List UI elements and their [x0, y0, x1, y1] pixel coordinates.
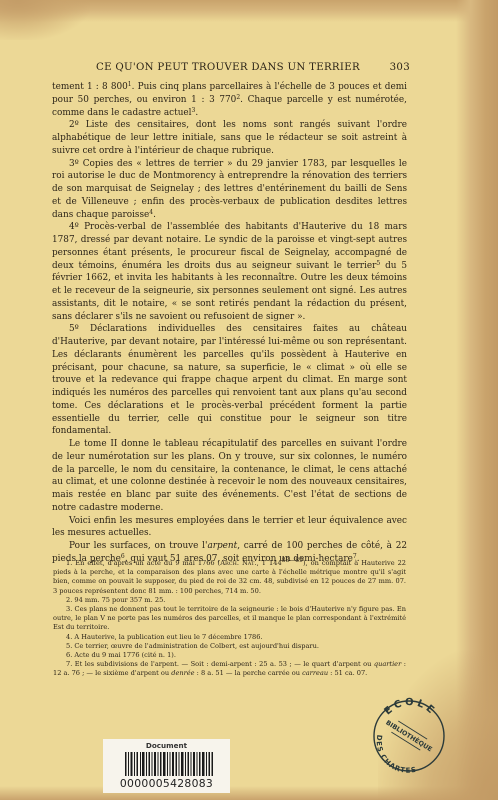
- barcode-icon: [125, 752, 213, 776]
- italic-term: denrée: [171, 669, 194, 677]
- stamp-center-text: BIBLIOTHÈQUE: [384, 718, 434, 754]
- barcode-title: Document: [103, 741, 230, 750]
- paragraph-2: 2º Liste des censitaires, dont les noms …: [52, 119, 407, 157]
- text-run: : 8 a. 51 — la perche carrée ou: [195, 669, 303, 677]
- paragraph-5: 5º Déclarations individuelles des censit…: [52, 323, 407, 438]
- svg-text:ECOLE: ECOLE: [382, 697, 438, 718]
- footnote-1: 1. En effet, d'après un acte du 9 mai 17…: [53, 559, 406, 596]
- barcode-label: Document: [103, 739, 230, 793]
- footnote-3: 3. Ces plans ne donnent pas tout le terr…: [53, 605, 406, 633]
- footnote-4: 4. A Hauterive, la publication eut lieu …: [53, 633, 406, 642]
- archive-ref: Arch. Nat.: [220, 559, 256, 567]
- page-number: 303: [390, 62, 410, 73]
- body-text: tement 1 : 8 8001. Puis cinq plans parce…: [52, 81, 407, 566]
- running-title: CE QU'ON PEUT TROUVER DANS UN TERRIER: [96, 62, 360, 73]
- footnotes: 1. En effet, d'après un acte du 9 mai 17…: [53, 559, 406, 679]
- paragraph-4: 4º Procès-verbal de l'assemblée des habi…: [52, 221, 407, 323]
- text-run: : 51 ca. 07.: [328, 669, 367, 677]
- footnote-6: 6. Acte du 9 mai 1776 (cité n. 1).: [53, 651, 406, 660]
- italic-term: quartier: [374, 660, 401, 668]
- paragraph-7: Voici enfin les mesures employées dans l…: [52, 515, 407, 541]
- text-run: , T 144: [257, 559, 282, 567]
- footnote-7: 7. Et les subdivisions de l'arpent. — So…: [53, 660, 406, 678]
- text-run: 7. Et les subdivisions de l'arpent. — So…: [66, 660, 374, 668]
- italic-term: carreau: [302, 669, 328, 677]
- page-header: CE QU'ON PEUT TROUVER DANS UN TERRIER 30…: [96, 62, 410, 76]
- text-run: tement 1 : 8 800: [52, 82, 128, 92]
- page-stain-top-left: [0, 0, 90, 40]
- text-run: 1. En effet, d'après un acte du 9 mai 17…: [66, 559, 220, 567]
- footnote-5: 5. Ce terrier, œuvre de l'administration…: [53, 642, 406, 651]
- stamp-icon: ECOLE DES CHARTES BIBLIOTHÈQUE: [370, 697, 448, 775]
- footnote-2: 2. 94 mm. 75 pour 357 m. 25.: [53, 596, 406, 605]
- text-run: .: [153, 210, 156, 220]
- stamp-top-text: ECOLE: [382, 697, 438, 718]
- paragraph-6: Le tome II donne le tableau récapitulati…: [52, 438, 407, 515]
- paragraph-3: 3º Copies des « lettres de terrier » du …: [52, 158, 407, 222]
- library-stamp: ECOLE DES CHARTES BIBLIOTHÈQUE: [370, 697, 448, 775]
- archive-ref-sup: 88—89: [282, 557, 303, 564]
- text-run: .: [195, 108, 198, 118]
- barcode-number: 0000005428083: [103, 777, 230, 790]
- text-run: Pour les surfaces, on trouve l': [69, 541, 207, 551]
- italic-term: arpent: [207, 541, 237, 551]
- paragraph-1: tement 1 : 8 8001. Puis cinq plans parce…: [52, 81, 407, 119]
- text-run: 3º Copies des « lettres de terrier » du …: [52, 159, 407, 220]
- text-run: 4º Procès-verbal de l'assemblée des habi…: [52, 222, 407, 270]
